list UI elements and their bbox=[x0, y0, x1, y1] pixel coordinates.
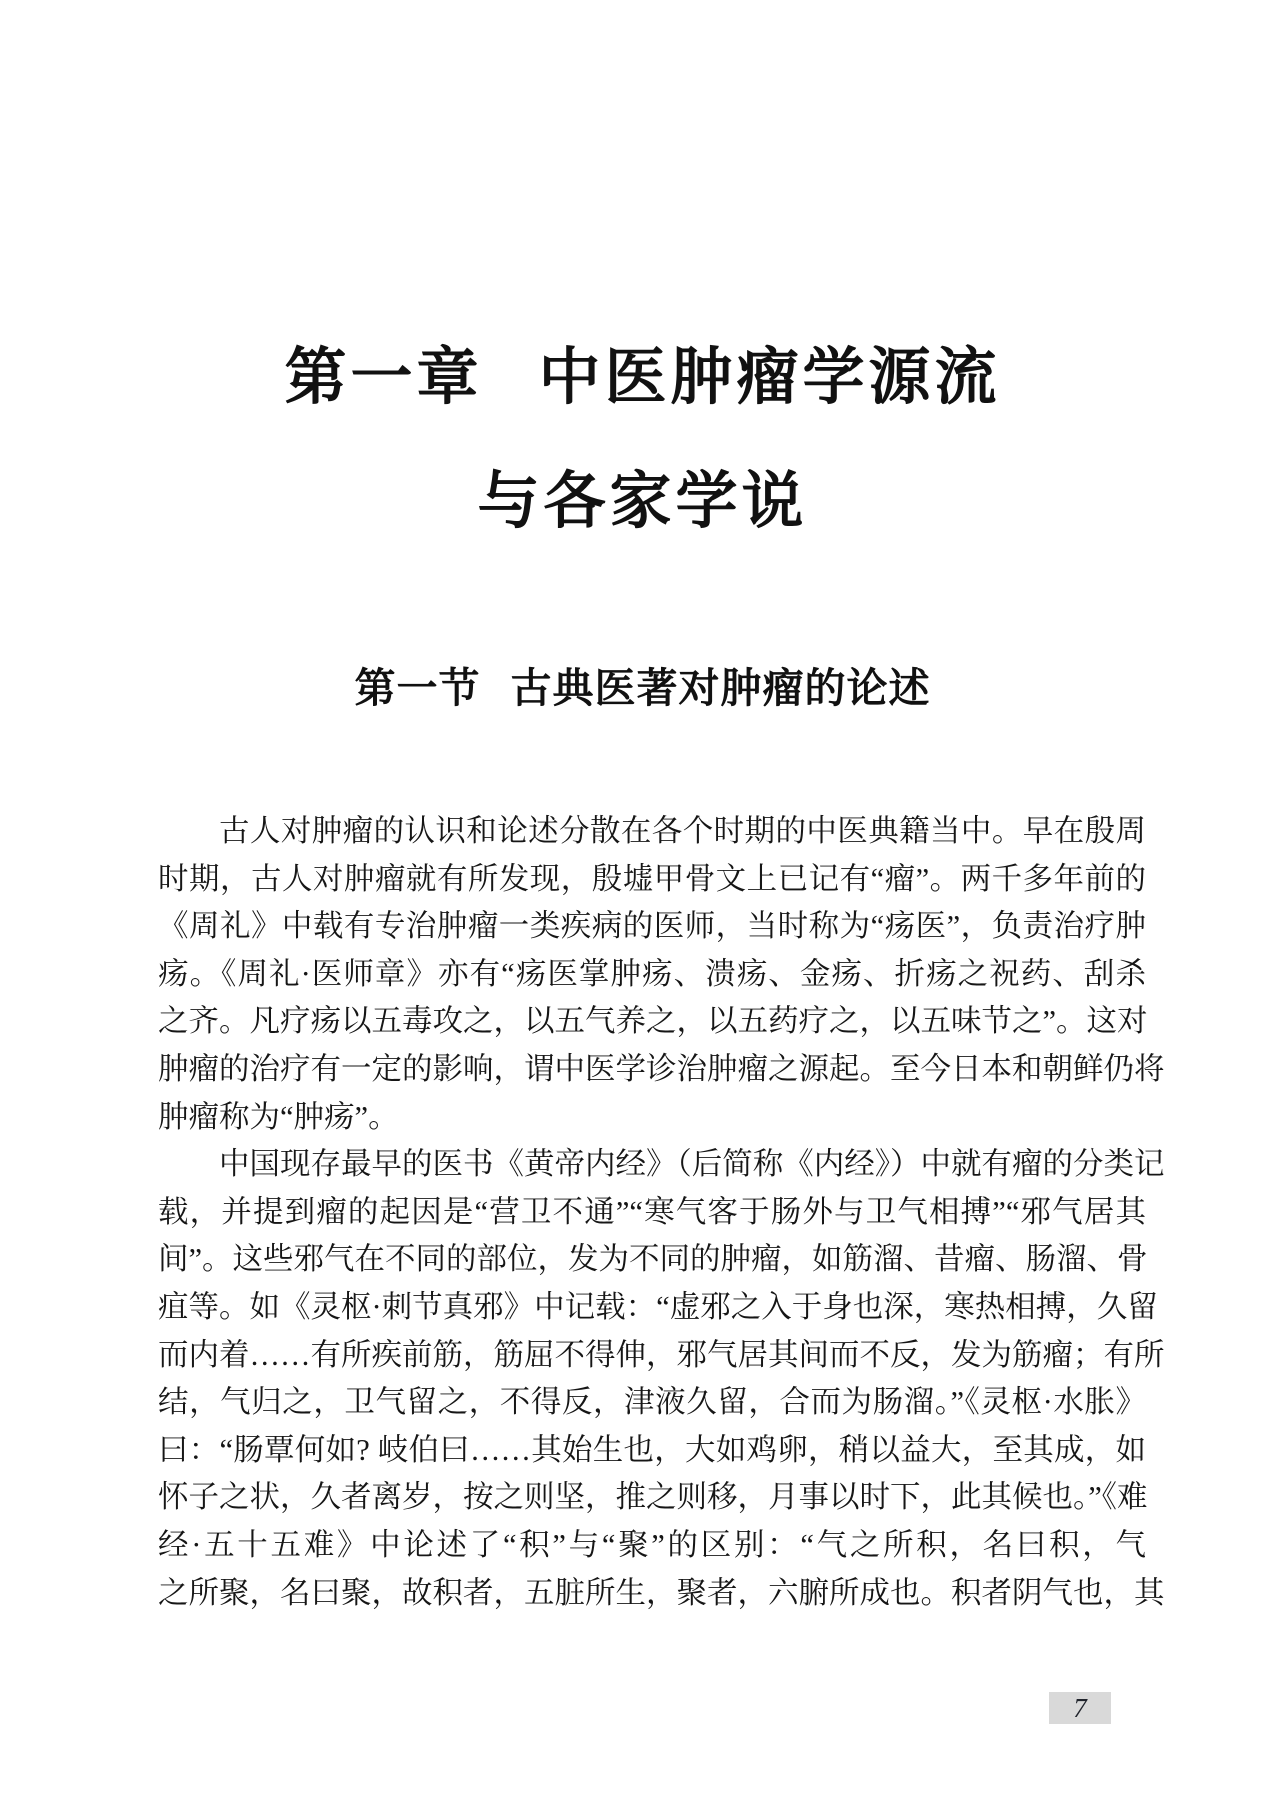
paragraph-1-line: 《周礼》中载有专治肿瘤一类疾病的医师，当时称为“疡医”，负责治疗肿 bbox=[158, 903, 1146, 951]
paragraph-2-line: 疽等。如《灵枢·刺节真邪》中记载：“虚邪之入于身也深，寒热相搏，久留 bbox=[158, 1284, 1146, 1332]
chapter-title-line2: 与各家学说 bbox=[0, 440, 1285, 564]
paragraph-1-line: 之齐。凡疗疡以五毒攻之，以五气养之，以五药疗之，以五味节之”。这对 bbox=[158, 998, 1146, 1046]
page-number-badge: 7 bbox=[1049, 1692, 1111, 1724]
paragraph-2-line: 之所聚，名曰聚，故积者，五脏所生，聚者，六腑所成也。积者阴气也，其 bbox=[158, 1570, 1146, 1618]
paragraph-1-line: 疡。《周礼·医师章》亦有“疡医掌肿疡、溃疡、金疡、折疡之祝药、刮杀 bbox=[158, 951, 1146, 999]
page-number: 7 bbox=[1073, 1695, 1087, 1722]
chapter-title: 第一章中医肿瘤学源流 与各家学说 bbox=[0, 316, 1285, 564]
paragraph-2-line: 结，气归之，卫气留之，不得反，津液久留，合而为肠溜。”《灵枢·水胀》 bbox=[158, 1379, 1146, 1427]
book-page: 第一章中医肿瘤学源流 与各家学说 第一节古典医著对肿瘤的论述 古人对肿瘤的认识和… bbox=[0, 0, 1285, 1814]
paragraph-1-line: 古人对肿瘤的认识和论述分散在各个时期的中医典籍当中。早在殷周 bbox=[158, 808, 1146, 856]
paragraph-2-line: 中国现存最早的医书《黄帝内经》（后简称《内经》）中就有瘤的分类记 bbox=[158, 1141, 1146, 1189]
paragraph-2-line: 怀子之状，久者离岁，按之则坚，推之则移，月事以时下，此其候也。”《难 bbox=[158, 1474, 1146, 1522]
paragraph-2-line: 间”。这些邪气在不同的部位，发为不同的肿瘤，如筋溜、昔瘤、肠溜、骨 bbox=[158, 1236, 1146, 1284]
section-heading-text: 古典医著对肿瘤的论述 bbox=[511, 665, 931, 711]
paragraph-1-line: 时期，古人对肿瘤就有所发现，殷墟甲骨文上已记有“瘤”。两千多年前的 bbox=[158, 856, 1146, 904]
paragraph-2-line: 载，并提到瘤的起因是“营卫不通”“寒气客于肠外与卫气相搏”“邪气居其 bbox=[158, 1189, 1146, 1237]
section-number: 第一节 bbox=[355, 665, 481, 711]
chapter-title-text: 中医肿瘤学源流 bbox=[539, 344, 1001, 412]
paragraph-2-line: 而内着……有所疾前筋，筋屈不得伸，邪气居其间而不反，发为筋瘤；有所 bbox=[158, 1332, 1146, 1380]
paragraph-1-line: 肿瘤的治疗有一定的影响，谓中医学诊治肿瘤之源起。至今日本和朝鲜仍将 bbox=[158, 1046, 1146, 1094]
paragraph-2-line: 经·五十五难》中论述了“积”与“聚”的区别：“气之所积，名曰积，气 bbox=[158, 1522, 1146, 1570]
body-text: 古人对肿瘤的认识和论述分散在各个时期的中医典籍当中。早在殷周 时期，古人对肿瘤就… bbox=[158, 808, 1146, 1617]
chapter-number: 第一章 bbox=[284, 344, 482, 412]
section-heading: 第一节古典医著对肿瘤的论述 bbox=[0, 664, 1285, 712]
chapter-title-line1: 第一章中医肿瘤学源流 bbox=[0, 316, 1285, 440]
paragraph-2-line: 曰：“肠覃何如? 岐伯曰……其始生也，大如鸡卵，稍以益大，至其成，如 bbox=[158, 1427, 1146, 1475]
paragraph-1-line: 肿瘤称为“肿疡”。 bbox=[158, 1094, 1146, 1142]
